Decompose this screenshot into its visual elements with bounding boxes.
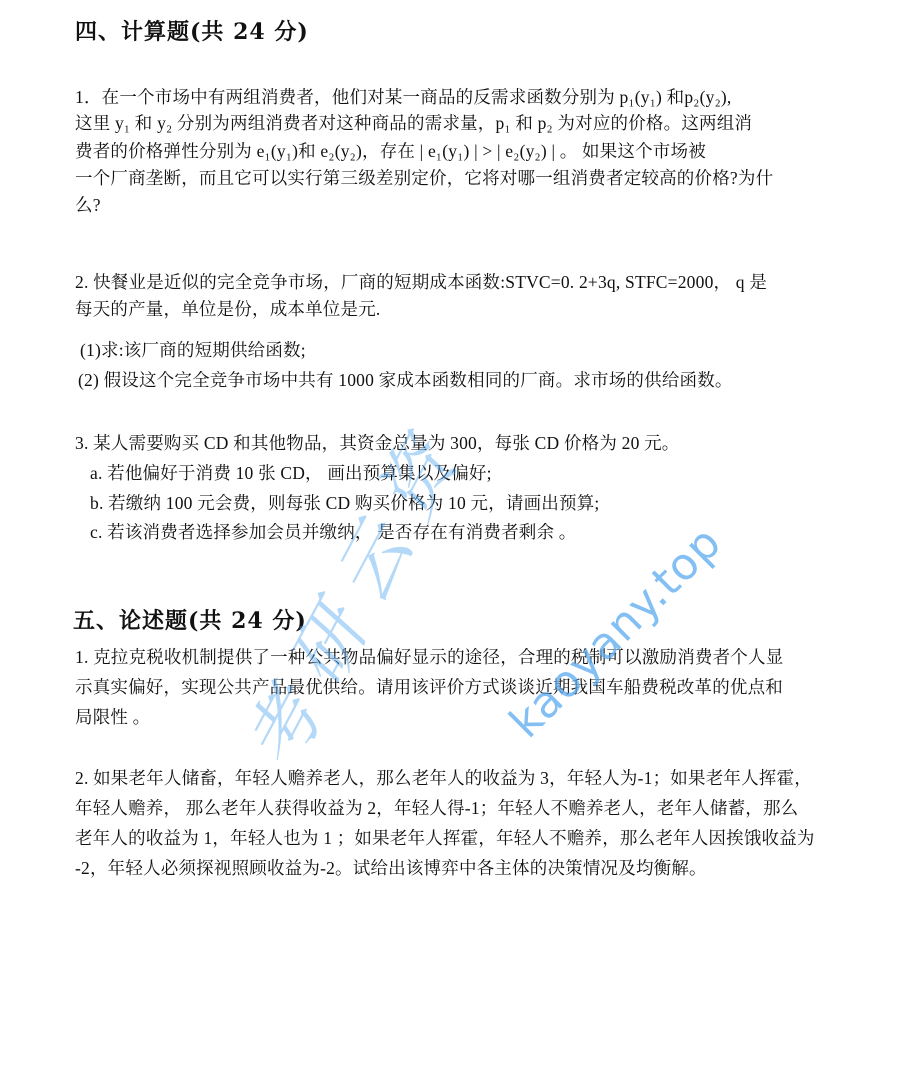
question-line: 一个厂商垄断，而且它可以实行第三级差别定价，它将对哪一组消费者定较高的价格?为什 (75, 166, 773, 190)
section-heading-calculation: 四、计算题(共 24 分) (75, 18, 309, 46)
question-line: 1．在一个市场中有两组消费者，他们对某一商品的反需求函数分别为 p₁(y₁) 和… (75, 85, 732, 109)
question-line: 2. 如果老年人储畜，年轻人赡养老人，那么老年人的收益为 3，年轻人为-1；如果… (75, 766, 812, 790)
sub-question: (2) 假设这个完全竞争市场中共有 1000 家成本函数相同的厂商。求市场的供给… (78, 368, 733, 392)
question-line: 1. 克拉克税收机制提供了一种公共物品偏好显示的途径，合理的税制可以激励消费者个… (75, 645, 783, 669)
sub-question: c. 若该消费者选择参加会员并缴纳， 是否存在有消费者剩余 。 (90, 520, 576, 544)
question-line: 年轻人赡养， 那么老年人获得收益为 2，年轻人得-1；年轻人不赡养老人，老年人储… (75, 796, 798, 820)
watermark-url: kaoyany.top (500, 517, 731, 748)
question-line: -2，年轻人必须探视照顾收益为-2。试给出该博弈中各主体的决策情况及均衡解。 (75, 856, 707, 880)
question-line: 费者的价格弹性分别为 e₁(y₁)和 e₂(y₂)，存在 | e₁(y₁) | … (75, 139, 706, 163)
question-line: 这里 y₁ 和 y₂ 分别为两组消费者对这种商品的需求量，p₁ 和 p₂ 为对应… (75, 111, 752, 135)
exam-page: 四、计算题(共 24 分) 1．在一个市场中有两组消费者，他们对某一商品的反需求… (0, 0, 902, 1075)
question-line: 老年人的收益为 1，年轻人也为 1 ；如果老年人挥霍，年轻人不赡养，那么老年人因… (75, 826, 815, 850)
question-line: 2. 快餐业是近似的完全竞争市场，厂商的短期成本函数:STVC=0. 2+3q,… (75, 270, 767, 294)
question-line: 每天的产量，单位是份，成本单位是元. (75, 297, 380, 321)
sub-question: b. 若缴纳 100 元会费，则每张 CD 购买价格为 10 元，请画出预算; (90, 491, 599, 515)
question-line: 示真实偏好，实现公共产品最优供给。请用该评价方式谈谈近期我国车船费税改革的优点和 (75, 675, 783, 699)
section-heading-essay: 五、论述题(共 24 分) (73, 607, 307, 635)
sub-question: (1)求:该厂商的短期供给函数; (80, 338, 306, 362)
sub-question: a. 若他偏好于消费 10 张 CD， 画出预算集以及偏好; (90, 461, 492, 485)
question-line: 3. 某人需要购买 CD 和其他物品，其资金总量为 300，每张 CD 价格为 … (75, 431, 680, 455)
question-line: 局限性 。 (75, 705, 150, 729)
question-line: 么? (75, 193, 101, 217)
